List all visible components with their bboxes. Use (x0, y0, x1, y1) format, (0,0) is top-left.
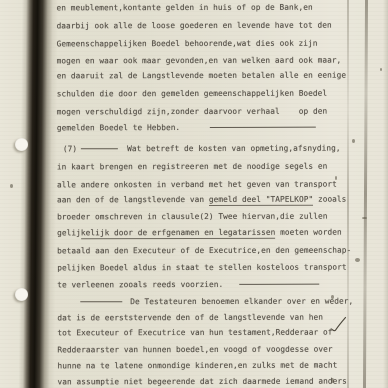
speck (335, 176, 337, 180)
speck (331, 295, 334, 299)
scanned-document-page: en meublement,kontante gelden in huis of… (0, 0, 388, 388)
pen-checkmark (330, 316, 347, 338)
speck (380, 68, 382, 71)
speck (362, 217, 367, 219)
speck (352, 139, 355, 143)
speck (10, 184, 13, 188)
marks-layer (0, 0, 388, 388)
speck (355, 258, 360, 262)
speck (331, 378, 334, 383)
